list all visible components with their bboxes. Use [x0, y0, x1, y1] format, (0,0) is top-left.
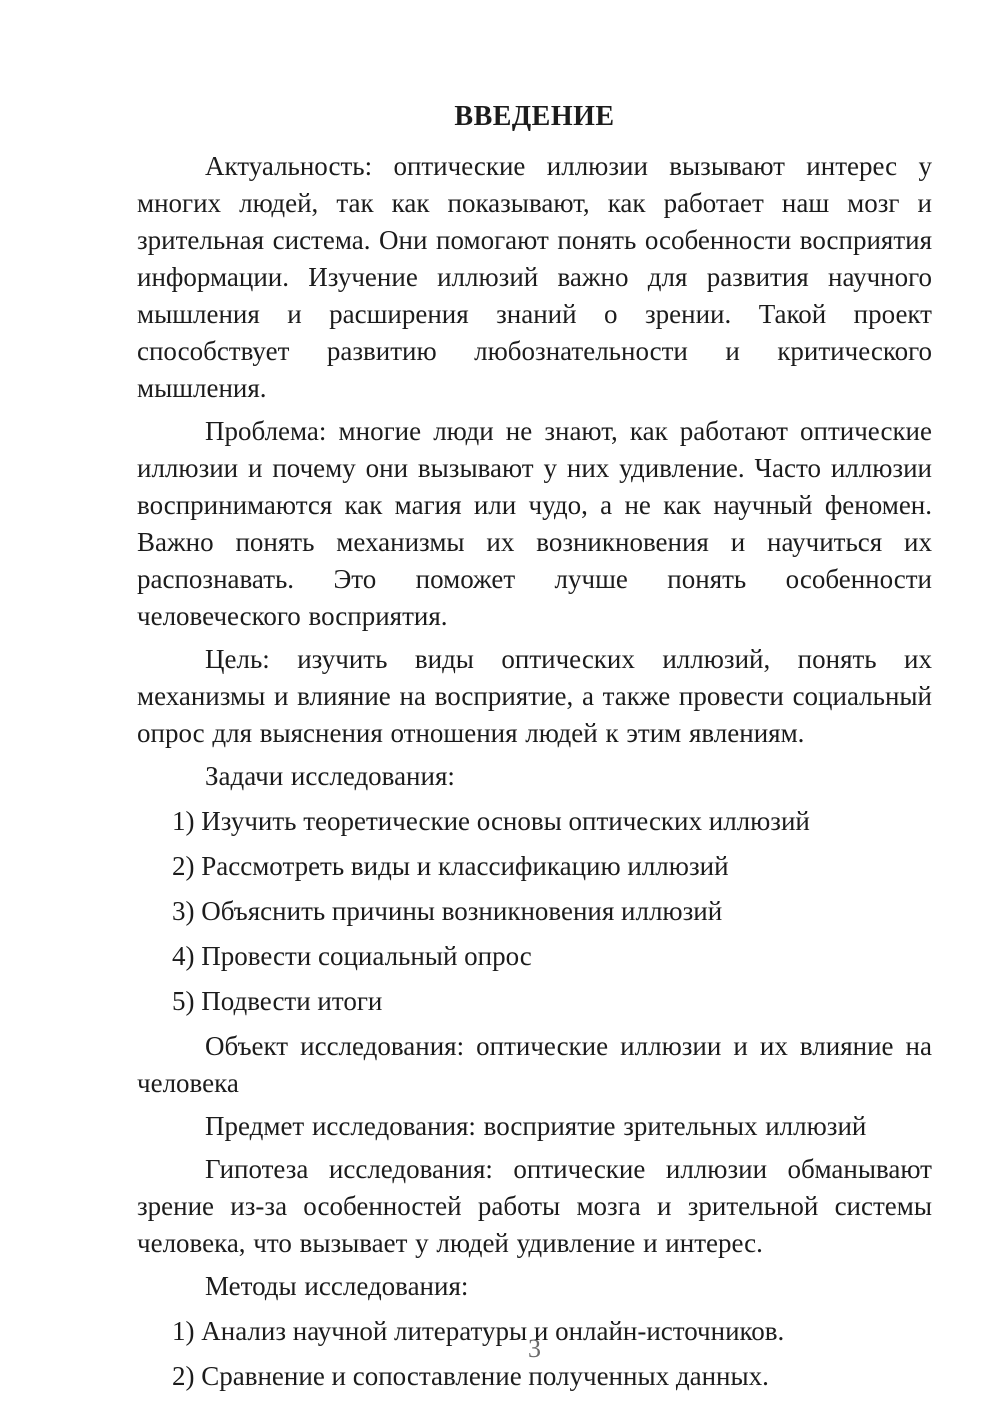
- paragraph-problem: Проблема: многие люди не знают, как рабо…: [137, 413, 932, 635]
- paragraph-relevance: Актуальность: оптические иллюзии вызываю…: [137, 148, 932, 407]
- document-content: ВВЕДЕНИЕ Актуальность: оптические иллюзи…: [137, 98, 932, 1403]
- task-item-3: 3) Объяснить причины возникновения иллюз…: [137, 893, 932, 930]
- document-heading: ВВЕДЕНИЕ: [137, 98, 932, 135]
- task-item-1: 1) Изучить теоретические основы оптическ…: [137, 803, 932, 840]
- paragraph-subject: Предмет исследования: восприятие зритель…: [137, 1108, 932, 1145]
- document-page: ВВЕДЕНИЕ Актуальность: оптические иллюзи…: [0, 0, 1000, 1414]
- paragraph-object: Объект исследования: оптические иллюзии …: [137, 1028, 932, 1102]
- task-item-2: 2) Рассмотреть виды и классификацию иллю…: [137, 848, 932, 885]
- tasks-list: 1) Изучить теоретические основы оптическ…: [137, 803, 932, 1020]
- methods-label: Методы исследования:: [137, 1268, 932, 1305]
- paragraph-hypothesis: Гипотеза исследования: оптические иллюзи…: [137, 1151, 932, 1262]
- page-number: 3: [137, 1330, 932, 1367]
- task-item-4: 4) Провести социальный опрос: [137, 938, 932, 975]
- paragraph-goal: Цель: изучить виды оптических иллюзий, п…: [137, 641, 932, 752]
- tasks-label: Задачи исследования:: [137, 758, 932, 795]
- task-item-5: 5) Подвести итоги: [137, 983, 932, 1020]
